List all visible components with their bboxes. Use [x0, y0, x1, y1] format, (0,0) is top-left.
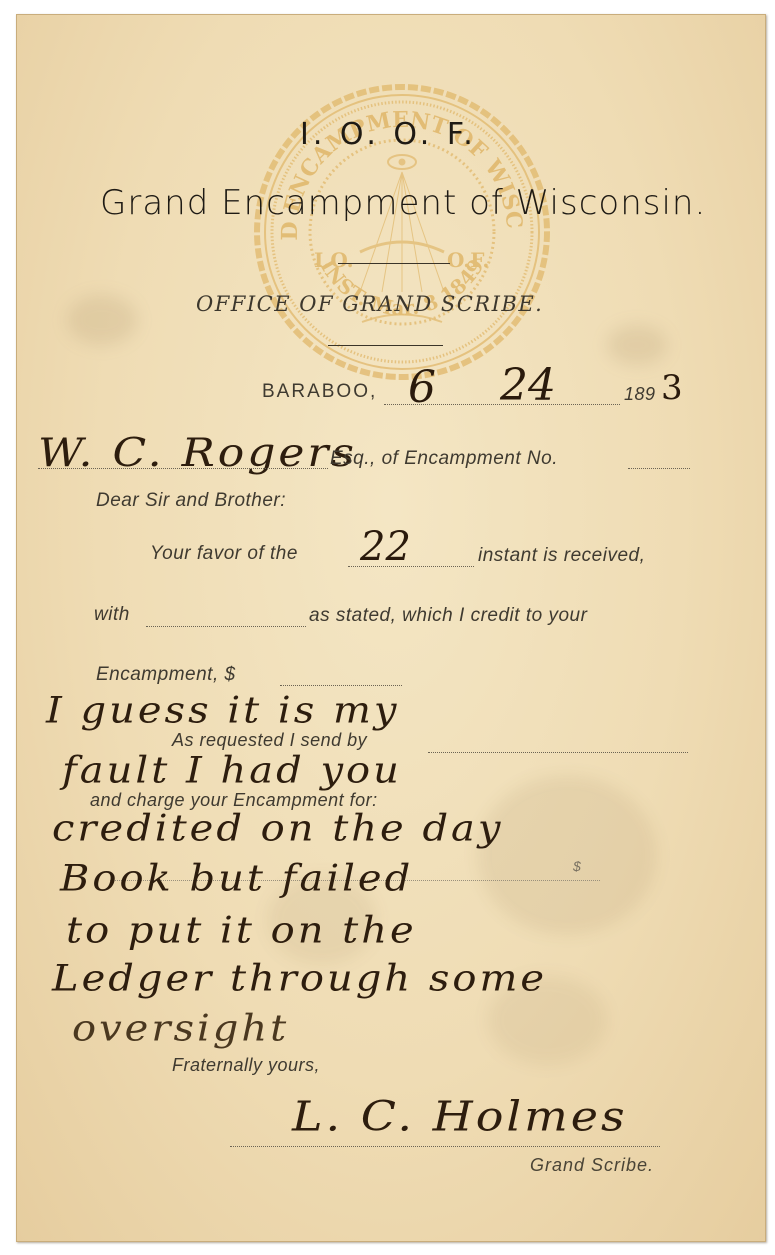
- date-year-suffix: 3: [661, 368, 683, 408]
- stain: [67, 295, 137, 345]
- divider: [328, 345, 443, 346]
- signature-title: Grand Scribe.: [530, 1155, 654, 1176]
- addressee-underline: [38, 468, 328, 469]
- note-line-6: Ledger through some: [52, 958, 547, 999]
- date-day: 24: [500, 360, 556, 411]
- note-line-4: Book but failed: [60, 858, 413, 899]
- dollar-sign: $: [573, 858, 581, 874]
- closing: Fraternally yours,: [172, 1055, 320, 1076]
- order-initials: I. O. O. F.: [300, 117, 477, 152]
- svg-text:I.O.: I.O.: [314, 248, 354, 272]
- note-line-2: fault I had you: [62, 750, 402, 791]
- addressee-suffix: Esq., of Encampment No.: [330, 448, 558, 470]
- encampment-no-field: [628, 468, 690, 469]
- favor-day: 22: [360, 524, 411, 570]
- addressee-name: W. C. Rogers: [38, 430, 357, 476]
- office-heading: OFFICE OF GRAND SCRIBE.: [196, 292, 543, 316]
- favor-prefix: Your favor of the: [150, 543, 298, 565]
- date-place: BARABOO,: [262, 381, 377, 403]
- note-line-5: to put it on the: [66, 910, 417, 951]
- with-suffix: as stated, which I credit to your: [309, 605, 587, 627]
- encampment-amount-field: [280, 685, 402, 686]
- signature-line: [230, 1146, 660, 1147]
- letterhead-title: Grand Encampment of Wisconsin.: [100, 183, 706, 223]
- date-year-prefix: 189: [624, 384, 656, 405]
- note-line-3: credited on the day: [52, 808, 504, 849]
- stain: [477, 775, 657, 935]
- signature: L. C. Holmes: [292, 1092, 628, 1141]
- salutation: Dear Sir and Brother:: [96, 490, 286, 512]
- with-field: [146, 626, 306, 627]
- divider: [338, 263, 450, 264]
- send-by-field: [428, 752, 688, 753]
- encampment-amount-label: Encampment, $: [96, 664, 236, 686]
- stain: [607, 325, 667, 365]
- date-month: 6: [408, 362, 436, 413]
- note-line-7: oversight: [72, 1008, 289, 1049]
- send-by-label: As requested I send by: [172, 730, 367, 751]
- favor-suffix: instant is received,: [478, 545, 645, 567]
- svg-text:O.F.: O.F.: [447, 248, 489, 272]
- with-prefix: with: [94, 604, 130, 626]
- note-line-1: I guess it is my: [46, 690, 399, 731]
